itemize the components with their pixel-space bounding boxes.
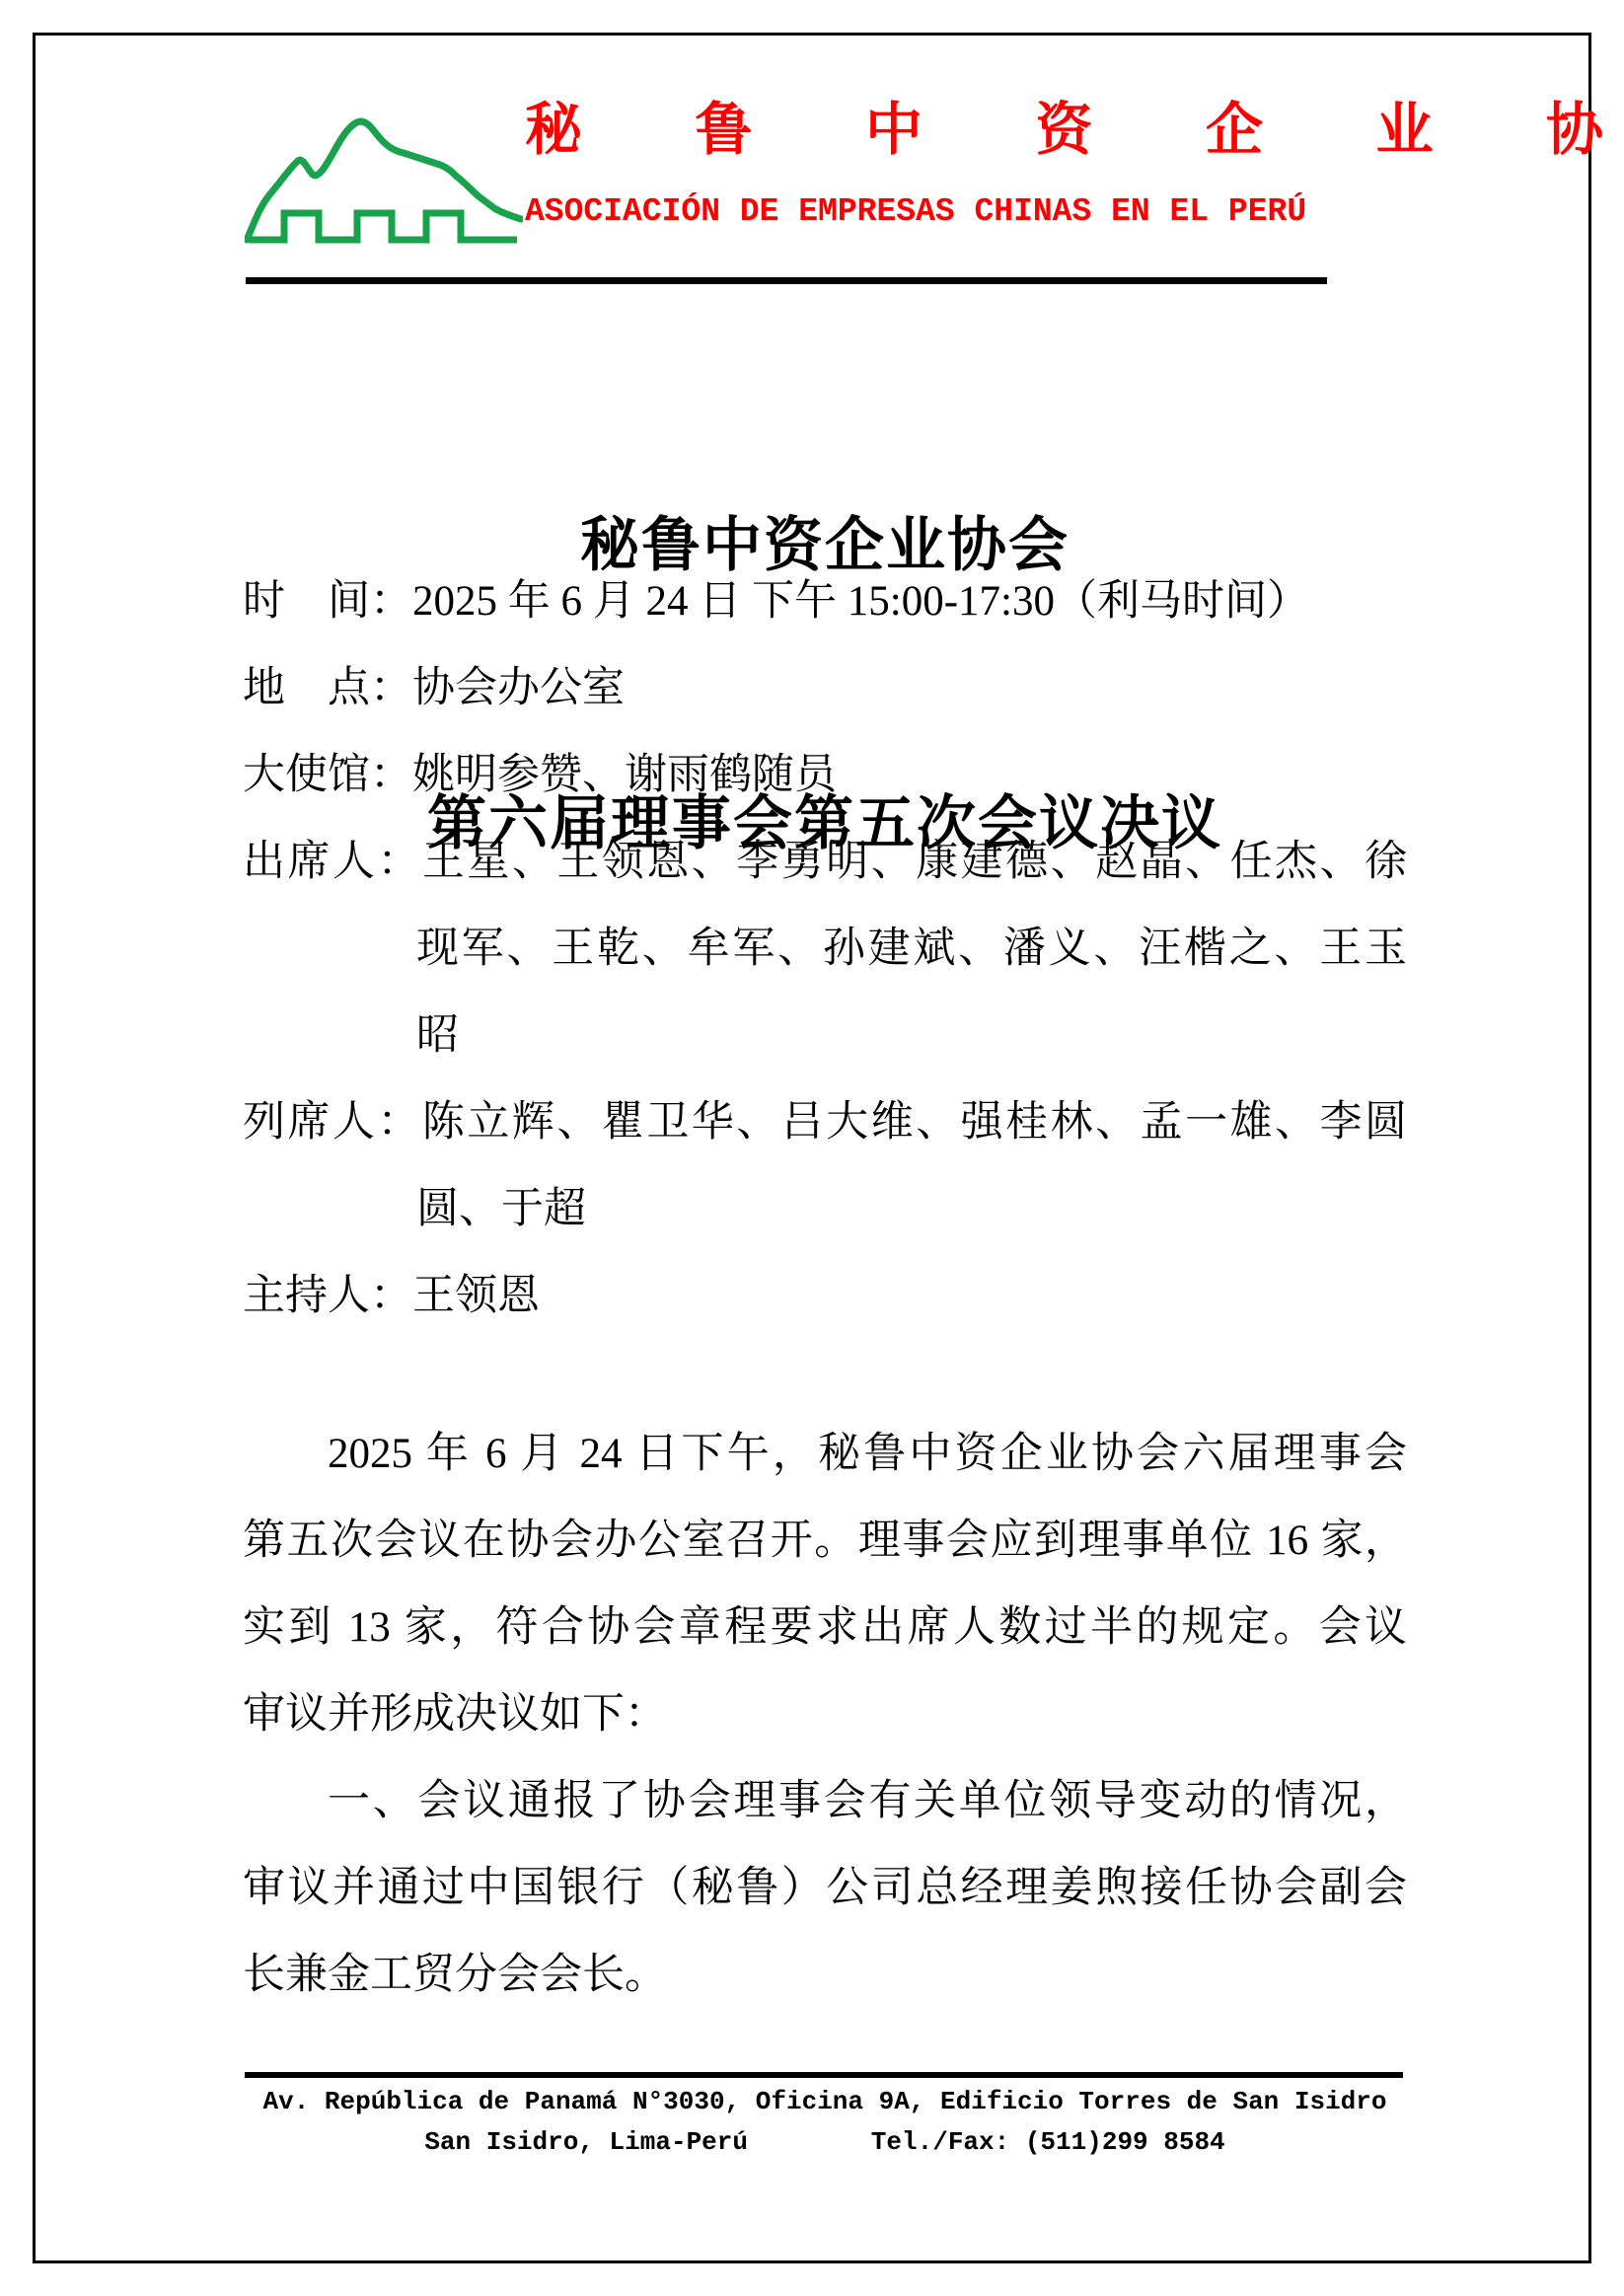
meeting-info: 时 间：2025 年 6 月 24 日 下午 15:00-17:30（利马时间）… [243,558,1407,1340]
footer-address-line2: San Isidro, Lima-Perú Tel./Fax: (511)299… [243,2122,1407,2163]
info-line-chair: 主持人：王领恩 [243,1253,1407,1340]
body-line-2: 第五次会议在协会办公室召开。理事会应到理事单位 16 家， [243,1498,1407,1585]
info-line-place: 地 点：协会办公室 [243,645,1407,732]
info-line-observers-2: 圆、于超 [243,1166,1407,1253]
org-name-spanish: ASOCIACIÓN DE EMPRESAS CHINAS EN EL PERÚ [525,191,1306,233]
mountain-ridge-path [247,121,521,240]
resolution-text: 2025 年 6 月 24 日下午，秘鲁中资企业协会六届理事会 第五次会议在协会… [243,1411,1407,2019]
body-line-5: 一、会议通报了协会理事会有关单位领导变动的情况， [243,1758,1407,1845]
info-line-attendees-1: 出席人：王星、王领恩、李勇明、康建德、赵晶、任杰、徐 [243,819,1407,906]
info-line-observers-1: 列席人：陈立辉、瞿卫华、吕大维、强桂林、孟一雄、李圆 [243,1079,1407,1166]
info-line-attendees-2: 现军、王乾、牟军、孙建斌、潘义、汪楷之、王玉 [243,906,1407,993]
info-line-attendees-3: 昭 [243,993,1407,1079]
footer-address: Av. República de Panamá N°3030, Oficina … [243,2082,1407,2163]
info-line-embassy: 大使馆：姚明参赞、谢雨鹤随员 [243,732,1407,819]
letterhead-divider [246,277,1327,284]
info-line-time: 时 间：2025 年 6 月 24 日 下午 15:00-17:30（利马时间） [243,558,1407,645]
body-line-3: 实到 13 家，符合协会章程要求出席人数过半的规定。会议 [243,1585,1407,1671]
body-line-1: 2025 年 6 月 24 日下午，秘鲁中资企业协会六届理事会 [243,1411,1407,1498]
mountain-wall-logo-icon [245,111,523,247]
footer-divider [245,2072,1403,2078]
org-name-chinese: 秘 鲁 中 资 企 业 协 会 [525,91,1624,170]
inca-wall-path [249,213,517,240]
body-line-6: 审议并通过中国银行（秘鲁）公司总经理姜煦接任协会副会 [243,1845,1407,1932]
body-line-7: 长兼金工贸分会会长。 [243,1932,1407,2019]
footer-address-line1: Av. República de Panamá N°3030, Oficina … [243,2082,1407,2122]
document-page: 秘 鲁 中 资 企 业 协 会 ASOCIACIÓN DE EMPRESAS C… [0,0,1624,2296]
body-line-4: 审议并形成决议如下： [243,1671,1407,1758]
